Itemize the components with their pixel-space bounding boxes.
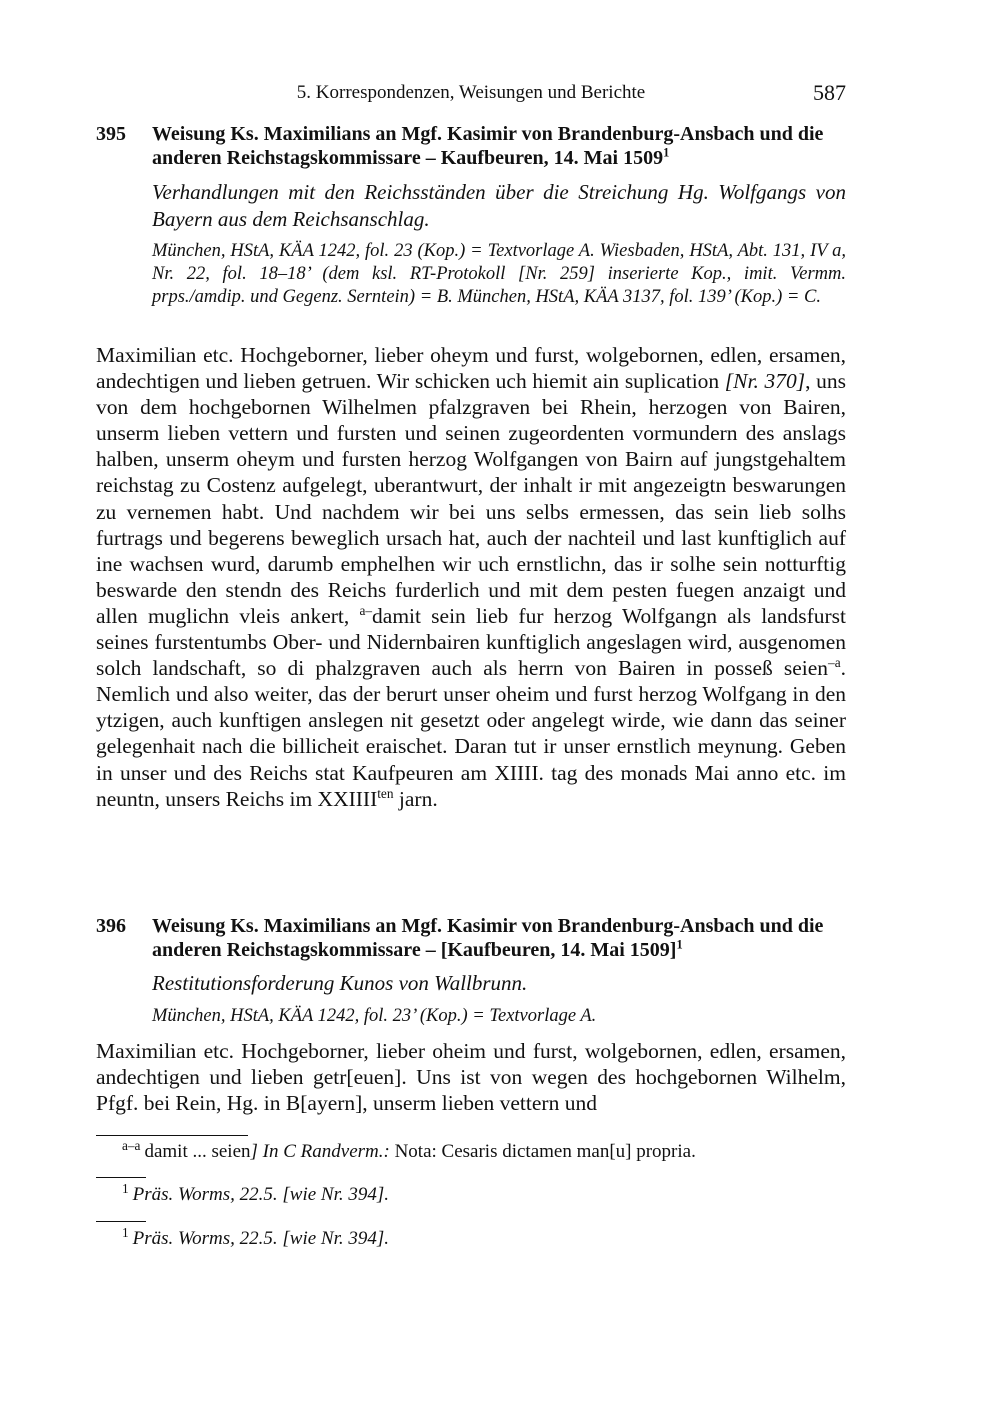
document-395-regest: Verhandlungen mit den Reichsständen über…	[152, 179, 846, 233]
document-number: 395	[96, 122, 126, 146]
footnote-rule	[96, 1177, 146, 1178]
document-395-body: Maximilian etc. Hochgeborner, lieber ohe…	[96, 342, 846, 812]
footnote-ref: 1	[663, 145, 669, 159]
footnote-rule	[96, 1221, 146, 1222]
document-396-heading: 396 Weisung Ks. Maximilians an Mgf. Kasi…	[96, 914, 846, 962]
document-395-heading: 395 Weisung Ks. Maximilians an Mgf. Kasi…	[96, 122, 846, 170]
footnote-1-doc-396: 1Präs. Worms, 22.5. [wie Nr. 394].	[122, 1227, 842, 1251]
running-title: 5. Korrespondenzen, Weisungen und Berich…	[96, 82, 846, 104]
document-395-source: München, HStA, KÄA 1242, fol. 23 (Kop.) …	[152, 240, 846, 309]
variant-mark-open: a–	[359, 603, 372, 618]
footnote-ref: 1	[676, 937, 682, 951]
footnote-variant-a: a–adamit ... seien] In C Randverm.: Nota…	[122, 1140, 842, 1164]
document-title: Weisung Ks. Maximilians an Mgf. Kasimir …	[152, 914, 846, 962]
document-396-source: München, HStA, KÄA 1242, fol. 23’ (Kop.)…	[152, 1005, 846, 1028]
running-head: 5. Korrespondenzen, Weisungen und Berich…	[96, 80, 846, 106]
document-396-regest: Restitutionsforderung Kunos von Wallbrun…	[152, 970, 846, 997]
variant-mark-close: –a	[828, 655, 841, 670]
document-396-body: Maximilian etc. Hochgeborner, lieber ohe…	[96, 1038, 846, 1116]
document-title: Weisung Ks. Maximilians an Mgf. Kasimir …	[152, 122, 846, 170]
document-number: 396	[96, 914, 126, 938]
cross-reference: [Nr. 370]	[725, 369, 805, 393]
page-number: 587	[813, 80, 846, 106]
footnote-1-doc-395: 1Präs. Worms, 22.5. [wie Nr. 394].	[122, 1183, 842, 1207]
footnote-rule	[96, 1135, 248, 1136]
